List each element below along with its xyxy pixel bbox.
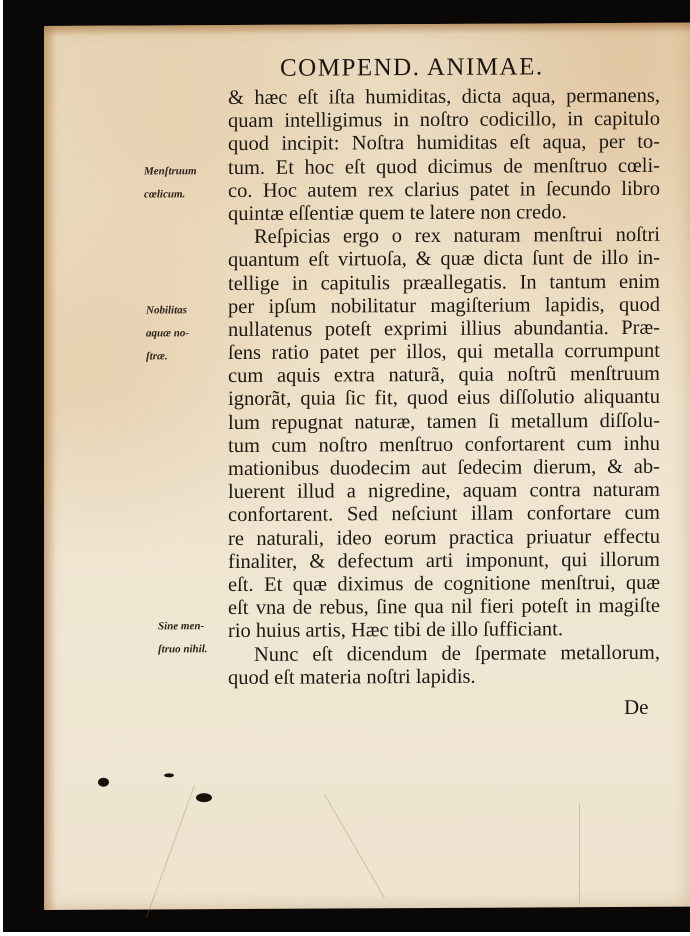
marginal-note-line: ſtruo nihil. <box>158 638 208 661</box>
text-line: ſens ratio patet per illos, qui metalla … <box>228 340 660 365</box>
paper-crease <box>579 803 580 903</box>
catchword: De <box>624 695 649 720</box>
marginal-note-line: Sine men- <box>158 615 208 638</box>
marginal-note-line: Nobilitas <box>146 299 189 322</box>
text-line: eſt. Et quæ diximus de cognitione menſtr… <box>228 572 660 597</box>
text-line: re naturali, ideo eorum practica priuatu… <box>228 525 660 550</box>
ink-blot <box>164 773 174 777</box>
foxed-top-edge <box>44 23 690 36</box>
marginal-note-line: ſtræ. <box>146 345 189 368</box>
text-line: quod incipit: Noſtra humiditas eſt aqua,… <box>228 131 660 156</box>
marginal-note-line: cœlicum. <box>144 183 197 206</box>
body-text: & hæc eſt iſta humiditas, dicta aqua, pe… <box>228 85 660 690</box>
text-line: tellige in capitulis præallegatis. In ta… <box>228 270 660 295</box>
paper-crease <box>146 785 195 917</box>
marginal-note-sine-menstruo: Sine men- ſtruo nihil. <box>158 615 208 661</box>
text-line: finaliter, & defectum arti imponunt, qui… <box>228 549 660 574</box>
text-line: quod eſt materia noſtri lapidis. <box>228 664 660 689</box>
text-line: luerent illud a nigredine, aquam contra … <box>228 479 660 504</box>
ink-blot <box>98 778 109 787</box>
text-line: per ipſum nobilitatur magiſterium lapidi… <box>228 293 660 318</box>
text-line: rio huius artis, Hæc tibi de illo ſuffic… <box>228 618 660 643</box>
marginal-note-line: Menſtruum <box>144 160 197 183</box>
paper-crease <box>324 794 385 898</box>
paragraph-start-line: Nunc eſt dicendum de ſpermate metallorum… <box>228 641 660 666</box>
text-line: confortarent. Sed neſciunt illam confort… <box>228 502 660 527</box>
marginal-note-nobilitas: Nobilitas aquæ no- ſtræ. <box>146 299 189 368</box>
book-page: COMPEND. ANIMAE. & hæc eſt iſta humidita… <box>44 23 690 910</box>
marginal-note-line: aquæ no- <box>146 322 189 345</box>
text-line: & hæc eſt iſta humiditas, dicta aqua, pe… <box>228 85 660 110</box>
text-line: mationibus duodecim aut ſedecim dierum, … <box>228 456 660 481</box>
paragraph-start-line: Reſpicias ergo o rex naturam menſtrui no… <box>228 224 660 249</box>
text-line: tum cum noſtro menſtruo confortarent cum… <box>228 433 660 458</box>
text-line: co. Hoc autem rex clarius patet in ſecun… <box>228 178 660 203</box>
text-line: lum repugnat naturæ, tamen ſi metallum d… <box>228 409 660 434</box>
text-line: quintæ eſſentiæ quem te latere non credo… <box>228 201 660 226</box>
running-head: COMPEND. ANIMAE. <box>280 53 544 82</box>
foxed-left-edge <box>44 26 56 910</box>
text-line: cum aquis extra naturã, quia noſtrũ menſ… <box>228 363 660 388</box>
ink-blot <box>196 793 212 802</box>
text-line: ignorãt, quia ſic fit, quod eius diſſolu… <box>228 386 660 411</box>
text-line: eſt vna de rebus, ſine qua nil fieri pot… <box>228 595 660 620</box>
text-line: tum. Et hoc eſt quod dicimus de menſtruo… <box>228 154 660 179</box>
text-line: quam intelligimus in noſtro codicillo, i… <box>228 108 660 133</box>
marginal-note-menstruum: Menſtruum cœlicum. <box>144 160 197 206</box>
text-line: nullatenus poteſt exprimi illius abundan… <box>228 317 660 342</box>
text-line: quantum eſt virtuoſa, & quæ dicta ſunt d… <box>228 247 660 272</box>
